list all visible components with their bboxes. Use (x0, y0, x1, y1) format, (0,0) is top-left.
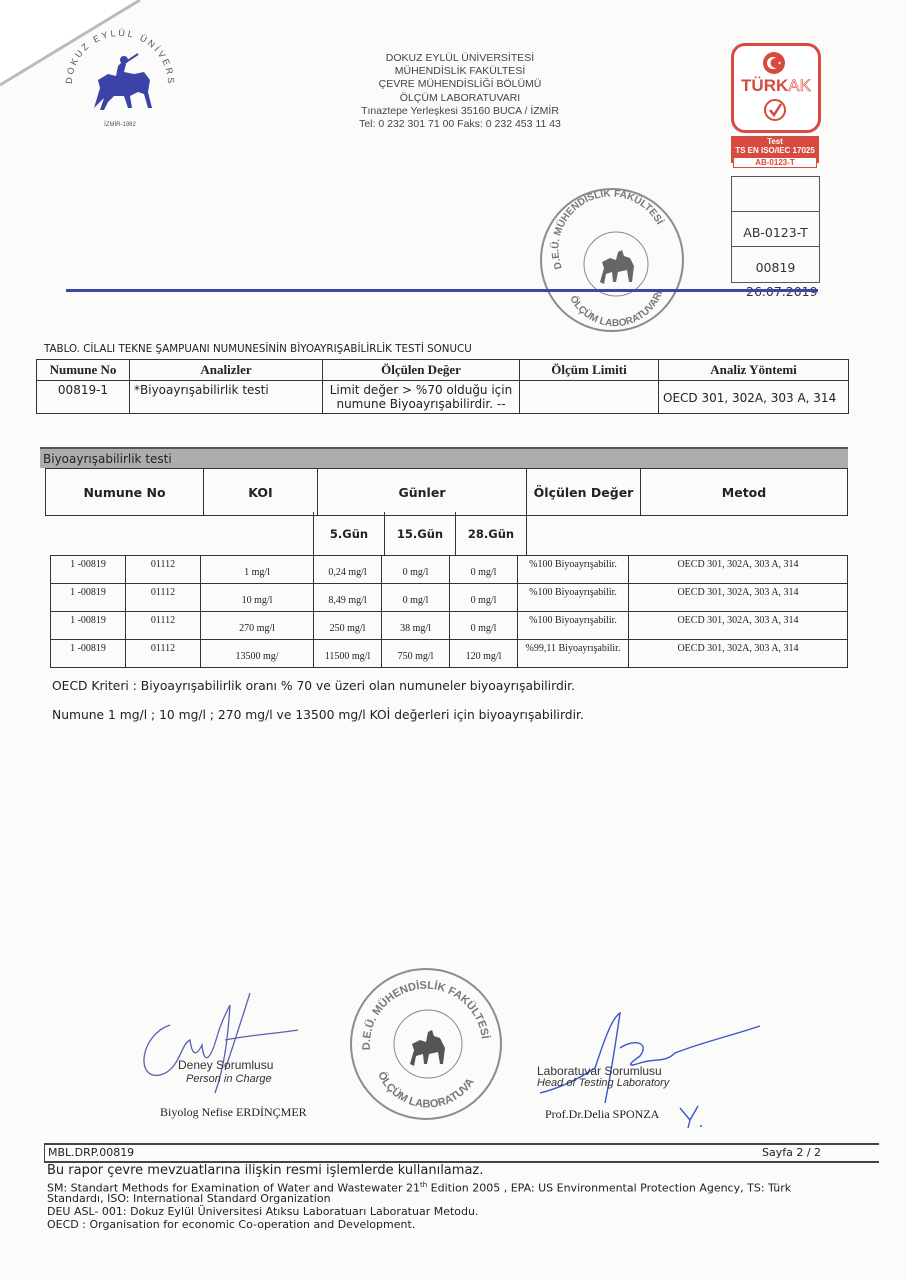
stamp-emblem-icon: D.E.Ü. MÜHENDİSLİK FAKÜLTESİ ÖLÇÜM LABOR… (352, 970, 500, 1118)
cell-gun28: 0 mg/l (450, 556, 518, 584)
col-olcum-limiti: Ölçüm Limiti (520, 360, 659, 381)
cell-gun5: 0,24 mg/l (314, 556, 382, 584)
bio-section-title: Biyoayrışabilirlik testi (40, 447, 848, 468)
header-phone-fax: Tel: 0 232 301 71 00 Faks: 0 232 453 11 … (290, 118, 630, 131)
cell-metod: OECD 301, 302A, 303 A, 314 (629, 556, 848, 584)
cell-olculen: %100 Biyoayrışabilir. (518, 584, 629, 612)
ref-blank (732, 177, 819, 212)
horseman-emblem-icon: DOKUZ EYLÜL ÜNİVERSİTESİ İZMİR-1982 (60, 22, 180, 142)
col-numune-no: Numune No (37, 360, 130, 381)
col-day-28: 28.Gün (456, 512, 527, 556)
header-address: Tınaztepe Yerleşkesi 35160 BUCA / İZMİR (290, 105, 630, 118)
lab-header: DOKUZ EYLÜL ÜNİVERSİTESİ MÜHENDİSLİK FAK… (290, 52, 630, 131)
logo-year: İZMİR-1982 (104, 121, 136, 128)
svg-text:D.E.Ü. MÜHENDİSLİK FAKÜLTESİ: D.E.Ü. MÜHENDİSLİK FAKÜLTESİ (361, 979, 492, 1050)
university-logo: DOKUZ EYLÜL ÜNİVERSİTESİ İZMİR-1982 (60, 22, 180, 142)
cell-olculen: %100 Biyoayrışabilir. (518, 612, 629, 640)
cell-koi: 10 mg/l (201, 584, 314, 612)
col-koi: KOI (204, 469, 318, 516)
cell-koi: 1 mg/l (201, 556, 314, 584)
col-gunler: Günler (318, 469, 527, 516)
page-number: Sayfa 2 / 2 (762, 1145, 821, 1160)
summary-table: Numune No Analizler Ölçülen Değer Ölçüm … (36, 359, 849, 414)
svg-text:ÖLÇÜM LABORATUVARI: ÖLÇÜM LABORATUVARI (567, 289, 665, 329)
cell-gun5: 8,49 mg/l (314, 584, 382, 612)
cell-numune: 1 -00819 (51, 556, 126, 584)
col-numune-no: Numune No (46, 469, 204, 516)
right-signer-name: Prof.Dr.Delia SPONZA (545, 1107, 659, 1122)
table-row: 1 -0081901112270 mg/l250 mg/l38 mg/l0 mg… (51, 612, 848, 640)
cell-koi: 270 mg/l (201, 612, 314, 640)
cell-gun15: 0 mg/l (382, 556, 450, 584)
turkak-wordmark: TÜRKAK (731, 76, 821, 96)
cell-gun5: 250 mg/l (314, 612, 382, 640)
header-divider (66, 289, 818, 292)
cell-gun28: 120 mg/l (450, 640, 518, 668)
header-lab: ÖLÇÜM LABORATUVARI (290, 92, 630, 105)
svg-text:D.E.Ü. MÜHENDİSLİK FAKÜLTESİ: D.E.Ü. MÜHENDİSLİK FAKÜLTESİ (548, 190, 666, 270)
header-department: ÇEVRE MÜHENDİSLİĞİ BÖLÜMÜ (290, 78, 630, 91)
accreditation-code: AB-0123-T (733, 157, 817, 168)
cell-kod: 01112 (126, 556, 201, 584)
bio-results-table: 1 -00819011121 mg/l0,24 mg/l0 mg/l0 mg/l… (50, 555, 848, 668)
cell-numune: 1 -00819 (51, 584, 126, 612)
cell-metod: OECD 301, 302A, 303 A, 314 (629, 612, 848, 640)
conclusion-note: Numune 1 mg/l ; 10 mg/l ; 270 mg/l ve 13… (52, 708, 584, 722)
col-metod: Metod (641, 469, 848, 516)
right-signer-role-en: Head of Testing Laboratory (537, 1077, 669, 1089)
left-signer-name: Biyolog Nefise ERDİNÇMER (160, 1105, 307, 1120)
oecd-criteria-note: OECD Kriteri : Biyoayrışabilirlik oranı … (52, 679, 575, 693)
col-day-5: 5.Gün (314, 512, 385, 556)
cell-olculen: %99,11 Biyoayrışabilir. (518, 640, 629, 668)
lab-stamp-bottom: D.E.Ü. MÜHENDİSLİK FAKÜLTESİ ÖLÇÜM LABOR… (350, 968, 502, 1120)
bio-table-header: Numune No KOI Günler Ölçülen Değer Metod (45, 468, 848, 516)
cell-gun28: 0 mg/l (450, 612, 518, 640)
cell-kod: 01112 (126, 612, 201, 640)
cell-gun5: 11500 mg/l (314, 640, 382, 668)
header-university: DOKUZ EYLÜL ÜNİVERSİTESİ (290, 52, 630, 65)
cell-gun15: 0 mg/l (382, 584, 450, 612)
cell-metod: OECD 301, 302A, 303 A, 314 (629, 640, 848, 668)
col-olculen-deger: Ölçülen Değer (527, 469, 641, 516)
table-row: 00819-1 *Biyoayrışabilirlik testi Limit … (37, 381, 849, 414)
cell-olculen: %100 Biyoayrışabilir. (518, 556, 629, 584)
stamp-emblem-icon: D.E.Ü. MÜHENDİSLİK FAKÜLTESİ ÖLÇÜM LABOR… (542, 190, 682, 330)
abbreviation-oecd-note: OECD : Organisation for economic Co-oper… (47, 1218, 415, 1231)
col-olculen-deger: Ölçülen Değer (323, 360, 520, 381)
lab-stamp-top: D.E.Ü. MÜHENDİSLİK FAKÜLTESİ ÖLÇÜM LABOR… (540, 188, 684, 332)
cell-gun15: 38 mg/l (382, 612, 450, 640)
bio-day-subheader: 5.Gün 15.Gün 28.Gün (313, 512, 527, 556)
table-row: 1 -00819011121 mg/l0,24 mg/l0 mg/l0 mg/l… (51, 556, 848, 584)
footer-left-edge (44, 1143, 45, 1162)
abbreviation-deu-note: DEU ASL- 001: Dokuz Eylül Üniversitesi A… (47, 1205, 478, 1218)
footer-bar: MBL.DRP.00819 Sayfa 2 / 2 (44, 1143, 879, 1163)
cell-kod: 01112 (126, 584, 201, 612)
summary-table-title: TABLO. CİLALI TEKNE ŞAMPUANI NUMUNESİNİN… (44, 343, 472, 355)
col-analizler: Analizler (130, 360, 323, 381)
reference-box: AB-0123-T 00819 (731, 176, 820, 283)
cell-numune: 1 -00819 (51, 640, 126, 668)
usage-warning: Bu rapor çevre mevzuatlarına ilişkin res… (47, 1164, 483, 1177)
ref-accreditation-no: AB-0123-T (732, 212, 819, 247)
right-signer-role: Laboratuvar Sorumlusu (537, 1064, 662, 1078)
col-day-15: 15.Gün (385, 512, 456, 556)
abbreviation-ts-iso-note: Standardı, ISO: International Standard O… (47, 1192, 331, 1205)
table-row: 1 -008190111213500 mg/11500 mg/l750 mg/l… (51, 640, 848, 668)
cell-numune: 1 -00819 (51, 612, 126, 640)
crescent-star-icon (759, 49, 789, 77)
cell-koi: 13500 mg/ (201, 640, 314, 668)
col-analiz-yontemi: Analiz Yöntemi (659, 360, 849, 381)
ref-report-no: 00819 (732, 247, 819, 282)
document-code: MBL.DRP.00819 (48, 1145, 134, 1160)
cell-gun15: 750 mg/l (382, 640, 450, 668)
table-row: 1 -008190111210 mg/l8,49 mg/l0 mg/l0 mg/… (51, 584, 848, 612)
check-circle-icon (762, 97, 788, 123)
left-signer-role: Deney Sorumlusu (178, 1058, 273, 1072)
cell-gun28: 0 mg/l (450, 584, 518, 612)
cell-kod: 01112 (126, 640, 201, 668)
left-signer-role-en: Person in Charge (186, 1073, 272, 1085)
cell-metod: OECD 301, 302A, 303 A, 314 (629, 584, 848, 612)
header-faculty: MÜHENDİSLİK FAKÜLTESİ (290, 65, 630, 78)
